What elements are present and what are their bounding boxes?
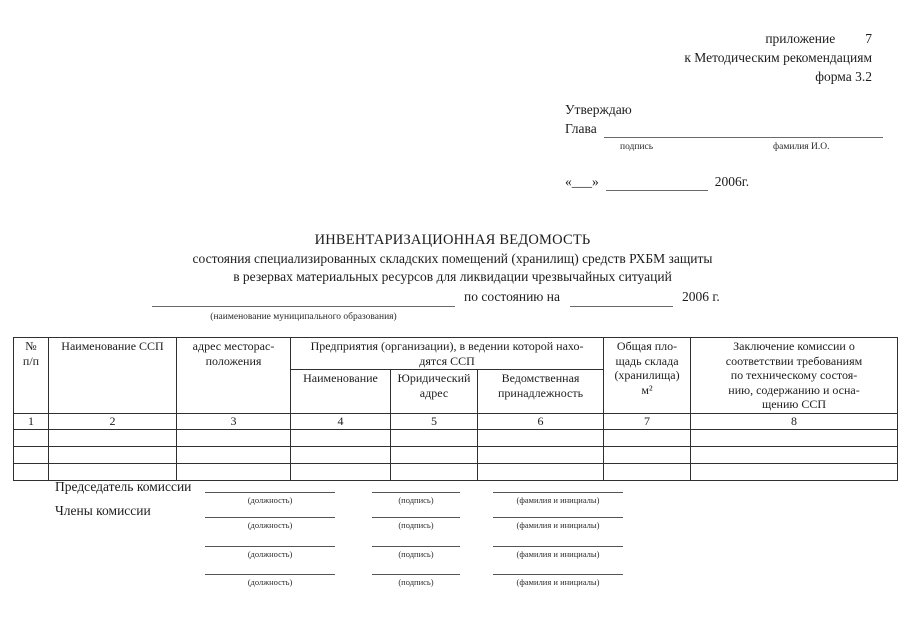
column-number: 3 — [177, 414, 291, 430]
header-group-enterprises: Предприятия (организации), в ведении кот… — [291, 338, 604, 370]
appendix-block: приложение7 к Методическим рекомендациям… — [684, 29, 872, 86]
appendix-number: 7 — [865, 29, 872, 48]
column-number-row: 1 2 3 4 5 6 7 8 — [14, 414, 898, 430]
municipality-blank-line — [152, 292, 455, 307]
empty-cell — [291, 430, 391, 447]
column-number: 1 — [14, 414, 49, 430]
header-col-address: адрес месторас- положения — [177, 338, 291, 414]
empty-cell — [177, 464, 291, 481]
table-row — [14, 430, 898, 447]
column-number: 5 — [391, 414, 478, 430]
signature-caption: (подпись) — [372, 517, 460, 530]
title-line2: состояния специализированных складских п… — [0, 250, 905, 269]
head-label: Глава — [565, 120, 597, 138]
empty-cell — [604, 430, 691, 447]
head-row: Глава — [565, 119, 883, 138]
title-block: ИНВЕНТАРИЗАЦИОННАЯ ВЕДОМОСТЬ состояния с… — [0, 231, 905, 307]
date-blank-line — [606, 176, 708, 191]
appendix-word: приложение — [765, 31, 835, 46]
appendix-line: приложение7 — [684, 29, 872, 48]
signature-row: (должность) (подпись) (фамилия и инициал… — [0, 574, 905, 598]
signature-row: (должность) (подпись) (фамилия и инициал… — [0, 492, 905, 516]
municipality-caption: (наименование муниципального образования… — [152, 308, 455, 327]
as-of-year: 2006 г. — [682, 288, 720, 307]
signature-caption: (подпись) — [372, 574, 460, 587]
column-number: 4 — [291, 414, 391, 430]
approval-block: Утверждаю Глава подпись фамилия И.О. «__… — [565, 101, 883, 191]
header-col-departmental: Ведомственная принадлежность — [478, 370, 604, 414]
name-caption: фамилия И.О. — [773, 138, 830, 156]
header-col-area: Общая пло- щадь склада (хранилища) м² — [604, 338, 691, 414]
as-of-row: по состоянию на 2006 г. — [0, 287, 905, 307]
approval-captions: подпись фамилия И.О. — [565, 138, 883, 152]
head-blank-line — [604, 123, 883, 138]
header-col-ssp-name: Наименование ССП — [49, 338, 177, 414]
signature-caption: (подпись) — [372, 546, 460, 559]
table-header-row-1: № п/п Наименование ССП адрес месторас- п… — [14, 338, 898, 370]
approve-label: Утверждаю — [565, 101, 883, 119]
document-title: ИНВЕНТАРИЗАЦИОННАЯ ВЕДОМОСТЬ — [0, 231, 905, 250]
empty-cell — [478, 447, 604, 464]
form-number: форма 3.2 — [684, 67, 872, 86]
position-caption: (должность) — [205, 517, 335, 530]
empty-cell — [691, 447, 898, 464]
empty-cell — [14, 447, 49, 464]
column-number: 6 — [478, 414, 604, 430]
empty-cell — [604, 464, 691, 481]
date-day-quotes: «___» — [565, 173, 599, 191]
empty-cell — [177, 430, 291, 447]
signature-row: (должность) (подпись) (фамилия и инициал… — [0, 517, 905, 541]
as-of-label: по состоянию на — [464, 288, 560, 307]
position-caption: (должность) — [205, 574, 335, 587]
header-col-number: № п/п — [14, 338, 49, 414]
position-caption: (должность) — [205, 492, 335, 505]
empty-cell — [391, 464, 478, 481]
appendix-recommendations-line: к Методическим рекомендациям — [684, 48, 872, 67]
empty-cell — [391, 430, 478, 447]
empty-cell — [291, 464, 391, 481]
name-initials-caption: (фамилия и инициалы) — [493, 574, 623, 587]
date-row: «___» 2006г. — [565, 172, 883, 191]
empty-cell — [478, 430, 604, 447]
empty-cell — [391, 447, 478, 464]
empty-cell — [604, 447, 691, 464]
empty-cell — [14, 430, 49, 447]
empty-cell — [691, 464, 898, 481]
header-col-conclusion: Заключение комиссии о соответствии требо… — [691, 338, 898, 414]
signature-caption: подпись — [620, 138, 653, 156]
empty-cell — [478, 464, 604, 481]
column-number: 8 — [691, 414, 898, 430]
table-row — [14, 464, 898, 481]
column-number: 7 — [604, 414, 691, 430]
title-line3: в резервах материальных ресурсов для лик… — [0, 268, 905, 287]
document-page: приложение7 к Методическим рекомендациям… — [0, 0, 905, 640]
empty-cell — [291, 447, 391, 464]
empty-cell — [49, 447, 177, 464]
header-col-enterprise-name: Наименование — [291, 370, 391, 414]
name-initials-caption: (фамилия и инициалы) — [493, 517, 623, 530]
header-col-legal-address: Юридический адрес — [391, 370, 478, 414]
position-caption: (должность) — [205, 546, 335, 559]
empty-cell — [49, 430, 177, 447]
empty-cell — [49, 464, 177, 481]
column-number: 2 — [49, 414, 177, 430]
signature-row: (должность) (подпись) (фамилия и инициал… — [0, 546, 905, 570]
signature-caption: (подпись) — [372, 492, 460, 505]
date-year: 2006г. — [715, 173, 749, 191]
name-initials-caption: (фамилия и инициалы) — [493, 492, 623, 505]
table-row — [14, 447, 898, 464]
name-initials-caption: (фамилия и инициалы) — [493, 546, 623, 559]
empty-cell — [177, 447, 291, 464]
empty-cell — [14, 464, 49, 481]
inventory-table: № п/п Наименование ССП адрес месторас- п… — [13, 337, 898, 481]
empty-cell — [691, 430, 898, 447]
as-of-blank-line — [570, 292, 673, 307]
